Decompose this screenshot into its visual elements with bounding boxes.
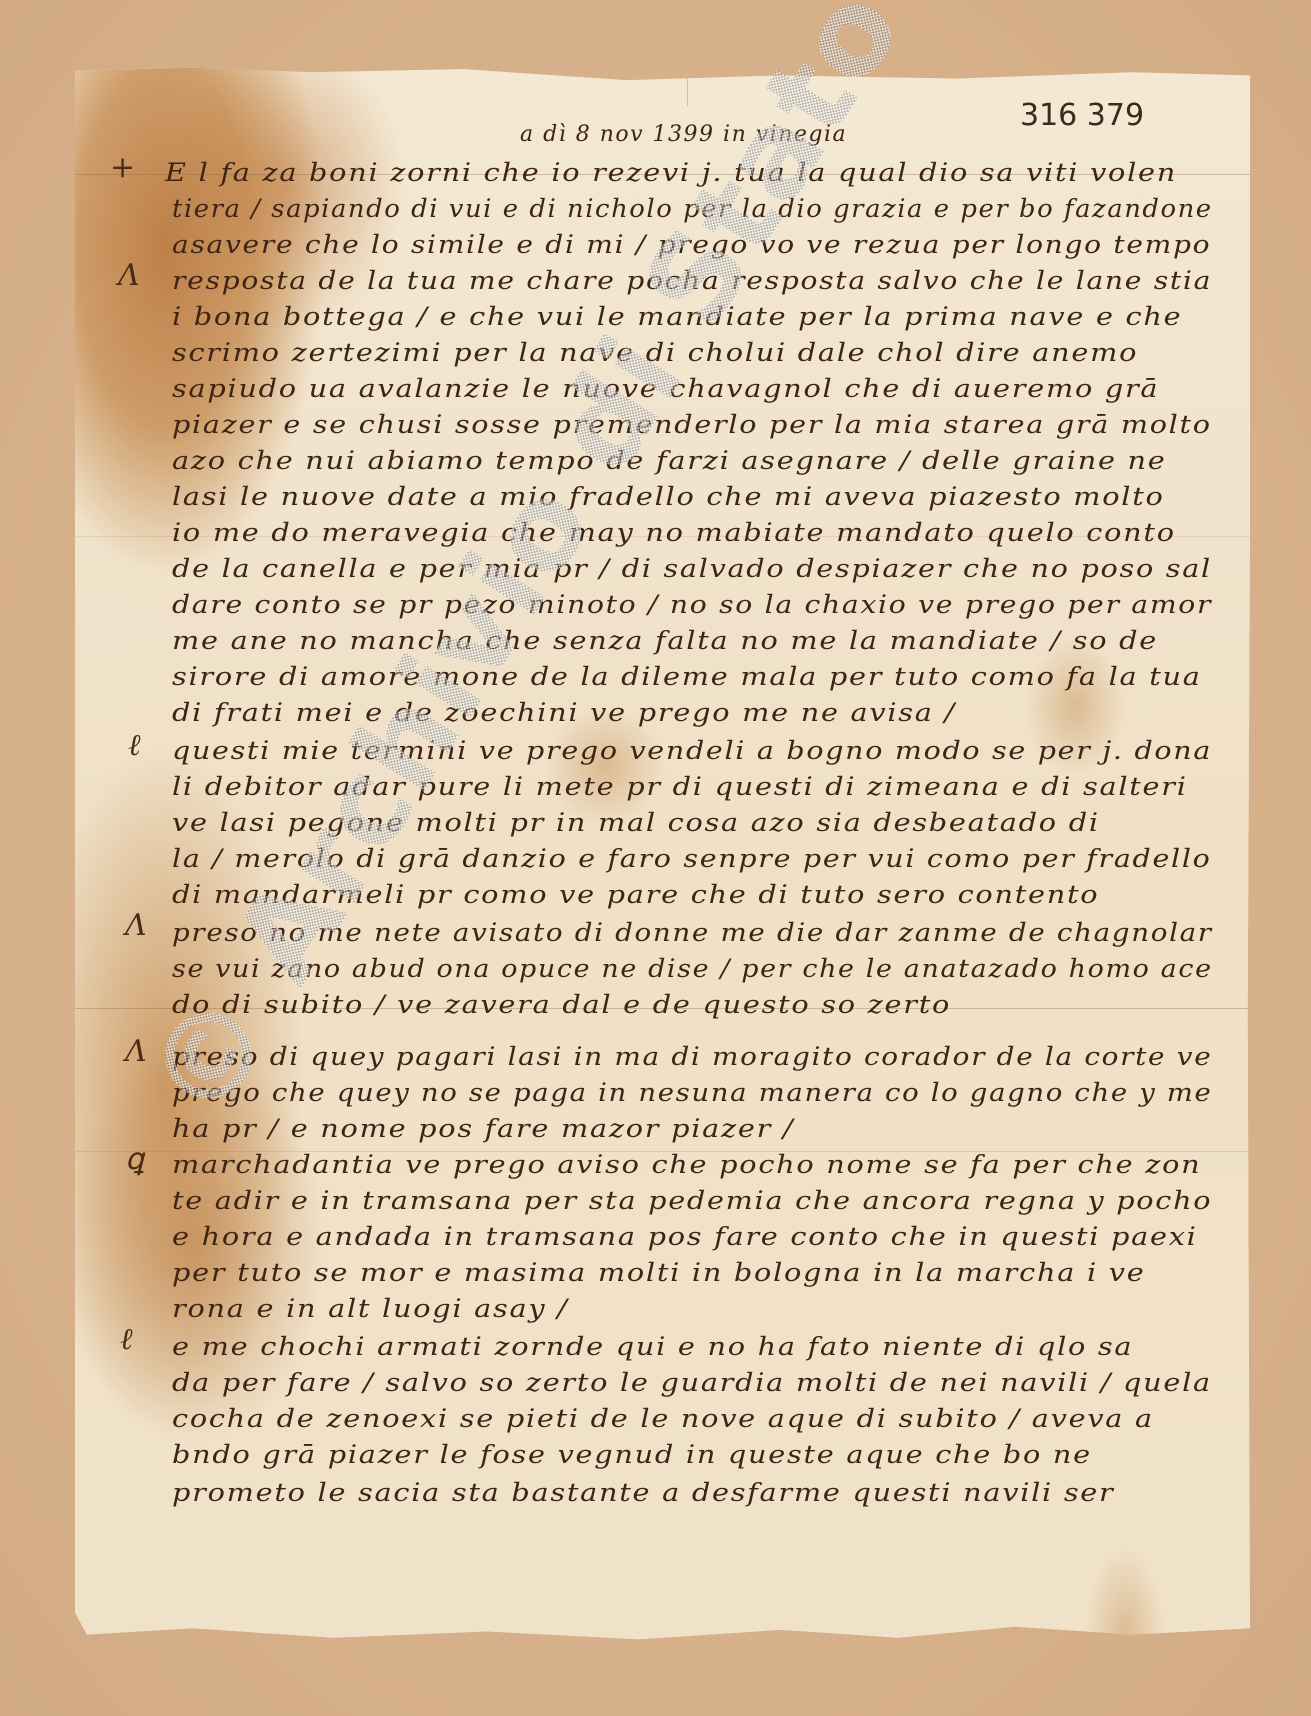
text-line: de la canella e per mia pr / di salvado … [172,554,1212,584]
text-line: te adir e in tramsana per sta pedemia ch… [172,1186,1212,1216]
text-line: di frati mei e de zoechini ve prego me n… [172,698,956,728]
text-line: io me do meravegia che may no mabiate ma… [172,518,1176,548]
text-line: e me chochi armati zornde qui e no ha fa… [172,1332,1133,1362]
margin-mark: Λ [125,908,147,943]
text-line: e hora e andada in tramsana pos fare con… [172,1222,1198,1252]
margin-mark: ℓ [128,728,141,763]
text-line: E l fa za boni zorni che io rezevi j. tu… [165,158,1177,188]
text-line: per tuto se mor e masima molti in bologn… [172,1258,1145,1288]
margin-mark: + [110,150,135,185]
margin-mark: Λ [118,258,140,293]
text-line: marchadantia ve prego aviso che pocho no… [172,1150,1201,1180]
text-line: da per fare / salvo so zerto le guardia … [172,1368,1212,1398]
margin-mark: ꝗ [125,1142,144,1177]
text-line: rona e in alt luogi asay / [172,1294,569,1324]
text-line: prego che quey no se paga in nesuna mane… [172,1078,1213,1108]
text-line: ha pr / e nome pos fare mazor piazer / [172,1114,794,1144]
margin-mark: ℓ [120,1322,133,1357]
text-line: bndo grā piazer le fose vegnud in queste… [172,1440,1092,1470]
text-line: prometo le sacia sta bastante a desfarme… [172,1478,1115,1508]
text-line: preso di quey pagari lasi in ma di morag… [172,1042,1212,1072]
text-line: me ane no mancha che senza falta no me l… [172,626,1158,656]
text-line: sirore di amore mone de la dileme mala p… [172,662,1202,692]
text-line: lasi le nuove date a mio fradello che mi… [172,482,1165,512]
text-line: cocha de zenoexi se pieti de le nove aqu… [172,1404,1154,1434]
folio-number: 316 379 [1020,98,1144,133]
text-line: dare conto se pr pezo minoto / no so la … [172,590,1212,620]
